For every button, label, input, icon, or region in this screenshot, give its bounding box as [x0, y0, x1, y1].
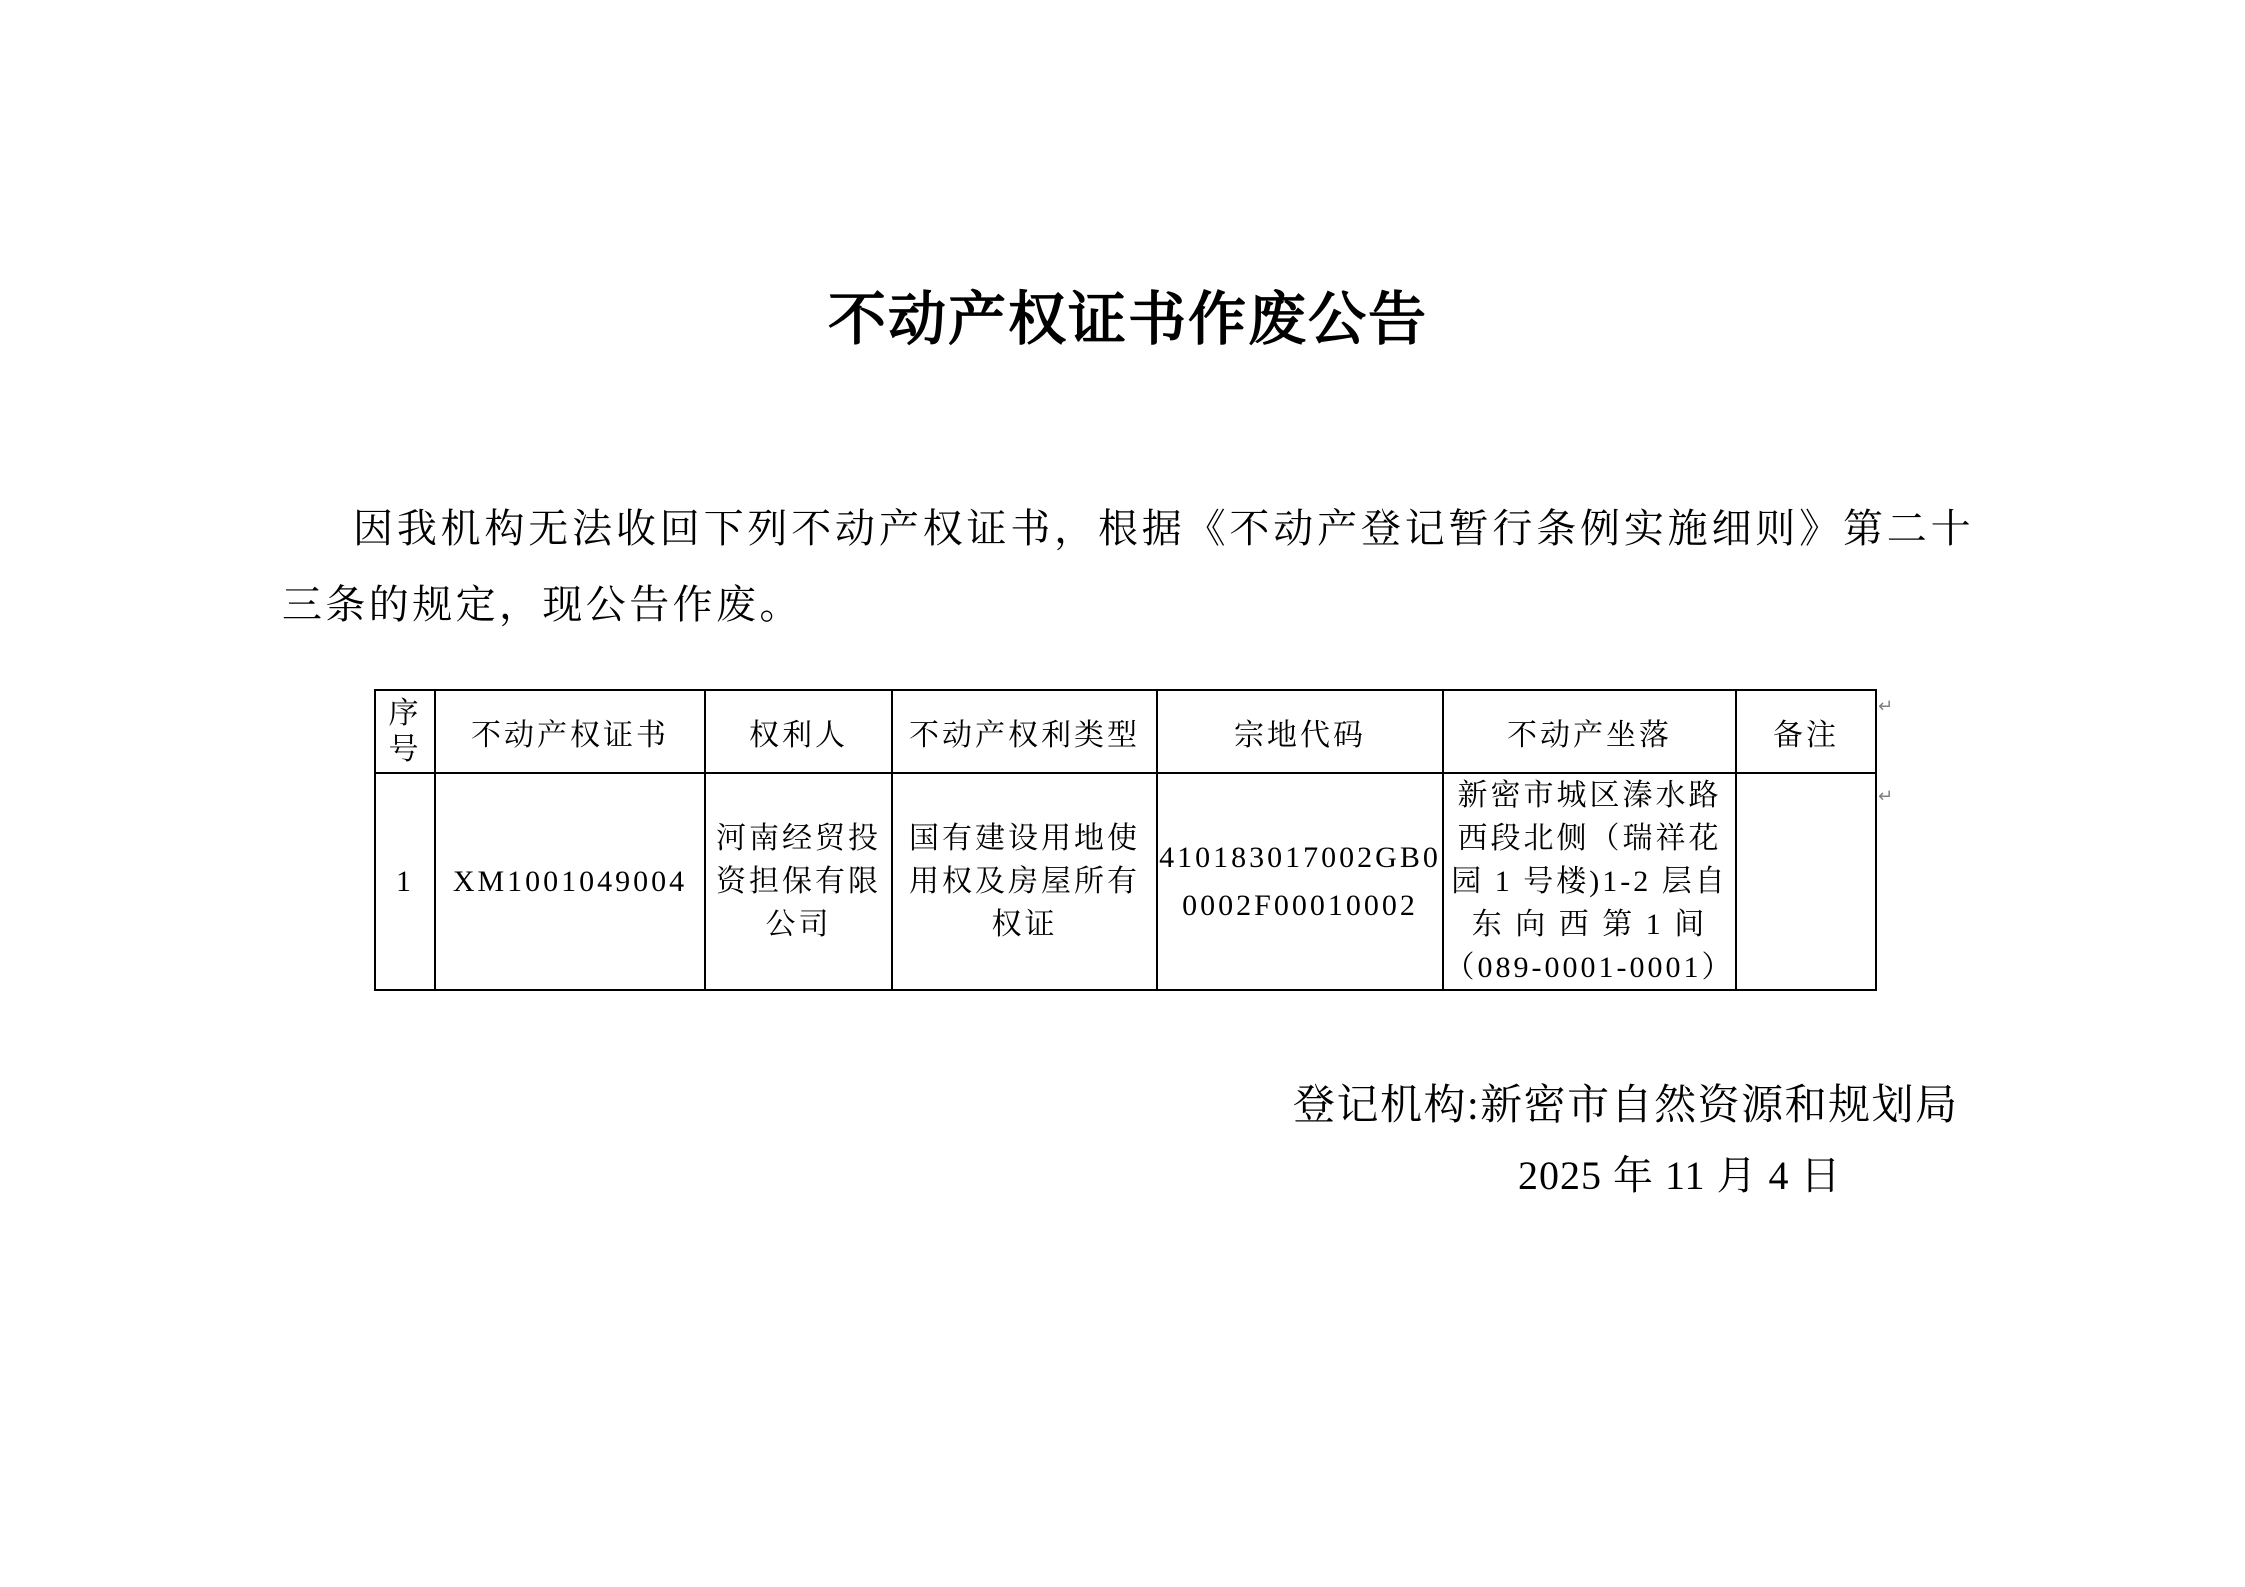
- header-cell-parcel-code: 宗地代码: [1157, 690, 1443, 773]
- table-header-row: 序号 不动产权证书 权利人 不动产权利类型 宗地代码 不动产坐落 备注: [375, 690, 1876, 773]
- header-cell-holder: 权利人: [705, 690, 892, 773]
- header-cell-location: 不动产坐落: [1443, 690, 1736, 773]
- announcement-body-paragraph: 因我机构无法收回下列不动产权证书，根据《不动产登记暂行条例实施细则》第二十三条的…: [282, 491, 1974, 643]
- cell-location: 新密市城区溱水路 西段北侧（瑞祥花 园 1 号楼)1-2 层自 东 向 西 第 …: [1443, 773, 1736, 990]
- document-title: 不动产权证书作废公告: [282, 285, 1974, 355]
- paragraph-return-mark-icon: ↵: [1878, 698, 1893, 716]
- header-cell-remark: 备注: [1736, 690, 1876, 773]
- header-cell-right-type: 不动产权利类型: [892, 690, 1157, 773]
- cell-certificate-no: XM1001049004: [435, 773, 705, 990]
- cell-remark: [1736, 773, 1876, 990]
- certificate-table: 序号 不动产权证书 权利人 不动产权利类型 宗地代码 不动产坐落 备注 1 XM…: [374, 689, 1877, 991]
- cell-holder: 河南经贸投 资担保有限 公司: [705, 773, 892, 990]
- header-cell-seq: 序号: [375, 690, 435, 773]
- cell-parcel-code: 410183017002GB0 0002F00010002: [1157, 773, 1443, 990]
- header-cell-certificate-no: 不动产权证书: [435, 690, 705, 773]
- document-page: 不动产权证书作废公告 因我机构无法收回下列不动产权证书，根据《不动产登记暂行条例…: [0, 0, 2245, 1587]
- signature-date-line: 2025 年 11 月 4 日: [1518, 1144, 1842, 1201]
- cell-right-type: 国有建设用地使 用权及房屋所有 权证: [892, 773, 1157, 990]
- signature-agency-line: 登记机构:新密市自然资源和规划局: [1293, 1072, 1959, 1132]
- paragraph-return-mark-icon: ↵: [1878, 788, 1893, 806]
- table-row: 1 XM1001049004 河南经贸投 资担保有限 公司 国有建设用地使 用权…: [375, 773, 1876, 990]
- cell-seq: 1: [375, 773, 435, 990]
